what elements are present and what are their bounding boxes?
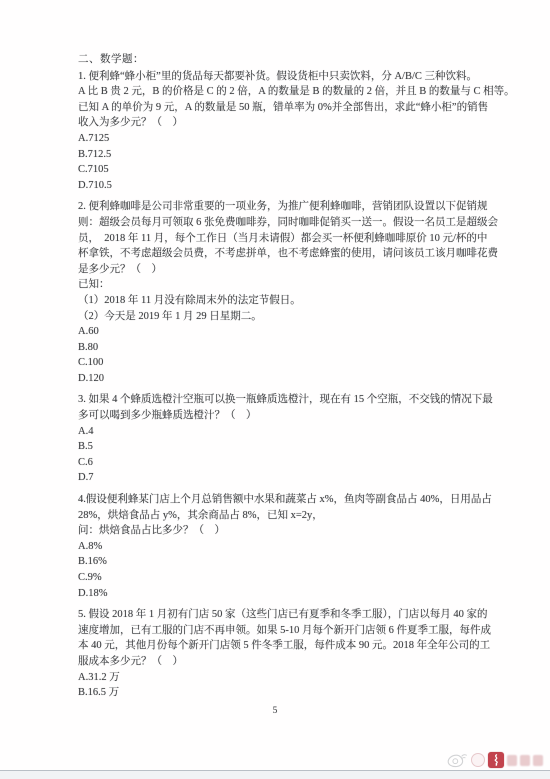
question-1-line-4: 收入为多少元？（ ） bbox=[78, 115, 515, 131]
section-heading: 二、数学题： bbox=[78, 52, 515, 68]
question-1-line-2: A 比 B 贵 2 元，B 的价格是 C 的 2 倍，A 的数量是 B 的数量的… bbox=[78, 84, 515, 100]
question-2-known-label: 已知： bbox=[78, 277, 515, 293]
question-5-option-a: A.31.2 万 bbox=[78, 670, 515, 686]
question-5-option-b: B.16.5 万 bbox=[78, 685, 515, 701]
question-4-line-2: 28%，烘焙食品占 y%，其余商品占 8%，已知 x=2y， bbox=[78, 508, 515, 524]
question-5-line-3: 本 40 元，其他月份每个新开门店领 5 件冬季工服，每件成本 90 元。201… bbox=[78, 638, 515, 654]
photo-bottom-strip bbox=[0, 771, 550, 779]
watermark-faint-circle bbox=[471, 753, 485, 767]
page-number: 5 bbox=[0, 706, 550, 716]
question-4-option-a: A.8% bbox=[78, 539, 515, 555]
red-seal-icon bbox=[488, 752, 504, 768]
seal-script-glyph bbox=[492, 754, 501, 766]
question-4-line-1: 4.假设便利蜂某门店上个月总销售额中水果和蔬菜占 x%，鱼肉等副食品占 40%，… bbox=[78, 492, 515, 508]
question-3-option-a: A.4 bbox=[78, 424, 515, 440]
question-2-known-1: （1）2018 年 11 月没有除周末外的法定节假日。 bbox=[78, 293, 515, 309]
question-2-option-c: C.100 bbox=[78, 355, 515, 371]
question-3: 3. 如果 4 个蜂质选橙汁空瓶可以换一瓶蜂质选橙汁，现在有 15 个空瓶，不交… bbox=[78, 392, 515, 486]
question-1: 1. 便利蜂“蜂小柜”里的货品每天都要补货。假设货柜中只卖饮料，分 A/B/C … bbox=[78, 69, 515, 194]
question-4: 4.假设便利蜂某门店上个月总销售额中水果和蔬菜占 x%，鱼肉等副食品占 40%，… bbox=[78, 492, 515, 601]
question-1-option-b: B.712.5 bbox=[78, 147, 515, 163]
watermark-text-blurred bbox=[507, 755, 517, 766]
question-1-line-3: 已知 A 的单价为 9 元，A 的数量是 50 瓶，错单率为 0%并全部售出，求… bbox=[78, 100, 515, 116]
question-1-line-1: 1. 便利蜂“蜂小柜”里的货品每天都要补货。假设货柜中只卖饮料，分 A/B/C … bbox=[78, 69, 515, 85]
weibo-watermark bbox=[447, 751, 543, 769]
question-2-line-1: 2. 便利蜂咖啡是公司非常重要的一项业务，为推广便利蜂咖啡，营销团队设置以下促销… bbox=[78, 199, 515, 215]
question-4-ask-line: 问：烘焙食品占比多少？（ ） bbox=[78, 523, 515, 539]
question-5: 5. 假设 2018 年 1 月初有门店 50 家（这些门店已有夏季和冬季工服）… bbox=[78, 607, 515, 701]
question-4-option-d: D.18% bbox=[78, 586, 515, 602]
question-1-option-a: A.7125 bbox=[78, 131, 515, 147]
question-2-line-3: 员， 2018 年 11 月，每个工作日（当月未请假）都会买一杯便利蜂咖啡原价 … bbox=[78, 231, 515, 247]
question-3-option-c: C.6 bbox=[78, 455, 515, 471]
question-2-known-2: （2）今天是 2019 年 1 月 29 日星期二。 bbox=[78, 309, 515, 325]
question-4-option-b: B.16% bbox=[78, 554, 515, 570]
exam-content: 二、数学题： 1. 便利蜂“蜂小柜”里的货品每天都要补货。假设货柜中只卖饮料，分… bbox=[78, 52, 515, 701]
question-2-line-4: 杯拿铁，不考虑超级会员费，不考虑拼单，也不考虑蜂蜜的使用，请问该员工该月咖啡花费 bbox=[78, 246, 515, 262]
question-5-line-4: 服成本多少元？（ ） bbox=[78, 654, 515, 670]
question-3-line-1: 3. 如果 4 个蜂质选橙汁空瓶可以换一瓶蜂质选橙汁，现在有 15 个空瓶，不交… bbox=[78, 392, 515, 408]
question-5-line-1: 5. 假设 2018 年 1 月初有门店 50 家（这些门店已有夏季和冬季工服）… bbox=[78, 607, 515, 623]
question-2-line-2: 则：超级会员每月可领取 6 张免费咖啡券，同时咖啡促销买一送一。假设一名员工是超… bbox=[78, 215, 515, 231]
question-3-line-2: 多可以喝到多少瓶蜂质选橙汁？（ ） bbox=[78, 408, 515, 424]
question-2: 2. 便利蜂咖啡是公司非常重要的一项业务，为推广便利蜂咖啡，营销团队设置以下促销… bbox=[78, 199, 515, 386]
watermark-text-blurred bbox=[520, 755, 530, 766]
question-2-option-d: D.120 bbox=[78, 371, 515, 387]
watermark-text-blurred bbox=[533, 755, 543, 766]
question-1-option-c: C.7105 bbox=[78, 162, 515, 178]
question-2-option-a: A.60 bbox=[78, 324, 515, 340]
question-3-option-b: B.5 bbox=[78, 439, 515, 455]
question-2-line-5: 是多少元？（ ） bbox=[78, 262, 515, 278]
question-3-option-d: D.7 bbox=[78, 470, 515, 486]
question-4-option-c: C.9% bbox=[78, 570, 515, 586]
question-5-line-2: 速度增加，已有工服的门店不再申领。如果 5-10 月每个新开门店领 6 件夏季工… bbox=[78, 623, 515, 639]
question-1-option-d: D.710.5 bbox=[78, 178, 515, 194]
question-2-option-b: B.80 bbox=[78, 340, 515, 356]
weibo-logo-icon bbox=[447, 752, 468, 768]
scanned-exam-page: 二、数学题： 1. 便利蜂“蜂小柜”里的货品每天都要补货。假设货柜中只卖饮料，分… bbox=[0, 0, 550, 779]
